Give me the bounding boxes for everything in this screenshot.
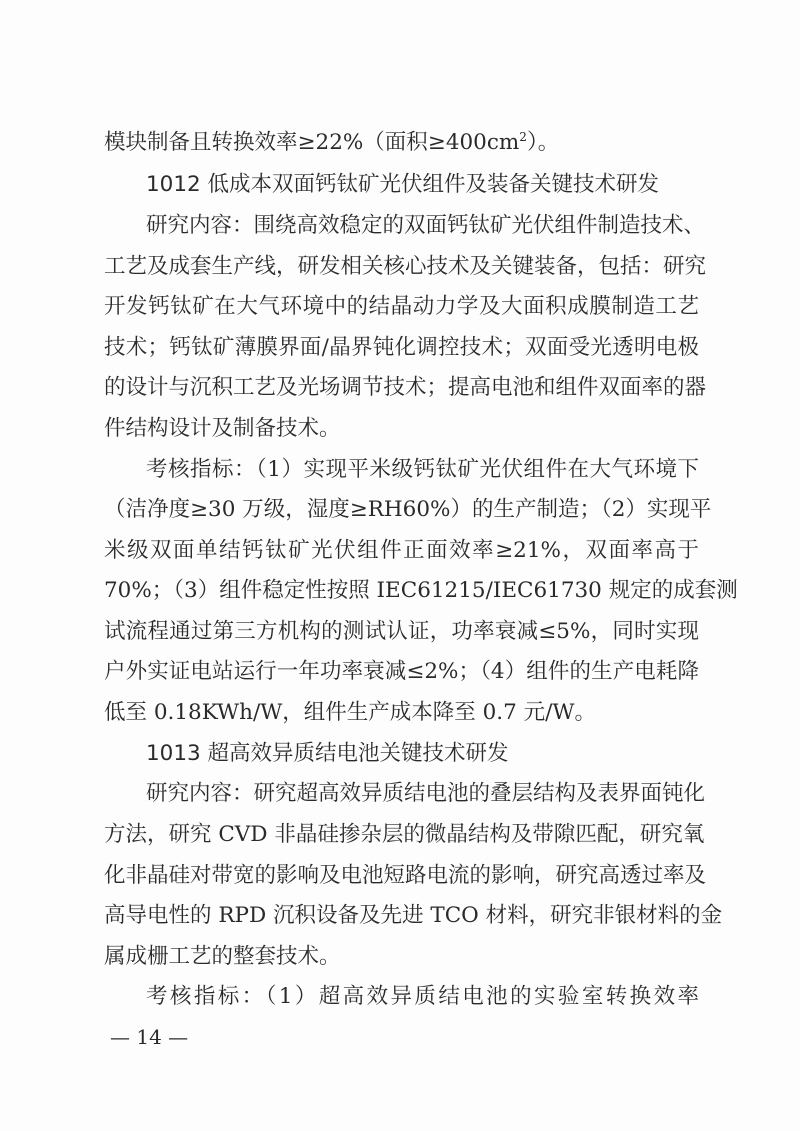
paragraph-line: 的设计与沉积工艺及光场调节技术；提高电池和组件双面率的器 [104,374,699,402]
superscript: 2 [519,130,527,144]
text-line-continuation: 模块制备且转换效率≥22%（面积≥400cm2）。 [104,129,699,157]
paragraph-line: 米级双面单结钙钛矿光伏组件正面效率≥21%，双面率高于 [104,537,699,565]
paragraph-line: 开发钙钛矿在大气环境中的结晶动力学及大面积成膜制造工艺 [104,293,699,321]
section-heading-1013: 1013 超高效异质结电池关键技术研发 [146,740,699,768]
paragraph-assessment-1012: 考核指标：（1）实现平米级钙钛矿光伏组件在大气环境下 [146,456,699,484]
paragraph-line: 户外实证电站运行一年功率衰减≤2%；（4）组件的生产电耗降 [104,658,699,686]
section-heading-1012: 1012 低成本双面钙钛矿光伏组件及装备关键技术研发 [146,171,699,199]
paragraph-line: 化非晶硅对带宽的影响及电池短路电流的影响，研究高透过率及 [104,862,699,890]
paragraph-line: 70%；（3）组件稳定性按照 IEC61215/IEC61730 规定的成套测 [104,577,699,605]
paragraph-research-content-1012: 研究内容：围绕高效稳定的双面钙钛矿光伏组件制造技术、 [146,212,699,240]
paragraph-research-content-1013: 研究内容：研究超高效异质结电池的叠层结构及表界面钝化 [146,780,699,808]
paragraph-assessment-1013: 考核指标：（1）超高效异质结电池的实验室转换效率 [146,983,699,1011]
paragraph-line: 试流程通过第三方机构的测试认证，功率衰减≤5%，同时实现 [104,618,699,646]
document-page: 模块制备且转换效率≥22%（面积≥400cm2）。 1012 低成本双面钙钛矿光… [0,0,800,1131]
paragraph-line: 技术；钙钛矿薄膜界面/晶界钝化调控技术；双面受光透明电极 [104,334,699,362]
paragraph-line: 属成栅工艺的整套技术。 [104,943,699,971]
paragraph-line: 方法，研究 CVD 非晶硅掺杂层的微晶结构及带隙匹配，研究氧 [104,821,699,849]
paragraph-line: 高导电性的 RPD 沉积设备及先进 TCO 材料，研究非银材料的金 [104,902,699,930]
paragraph-line: （洁净度≥30 万级，湿度≥RH60%）的生产制造；（2）实现平 [104,496,699,524]
paragraph-line: 低至 0.18KWh/W，组件生产成本降至 0.7 元/W。 [104,699,699,727]
text-span: 模块制备且转换效率≥22%（面积≥400cm [104,130,519,155]
paragraph-line: 工艺及成套生产线，研发相关核心技术及关键装备，包括：研究 [104,253,699,281]
text-span: ）。 [527,130,559,155]
paragraph-line: 件结构设计及制备技术。 [104,415,699,443]
page-number: — 14 — [110,1024,188,1050]
